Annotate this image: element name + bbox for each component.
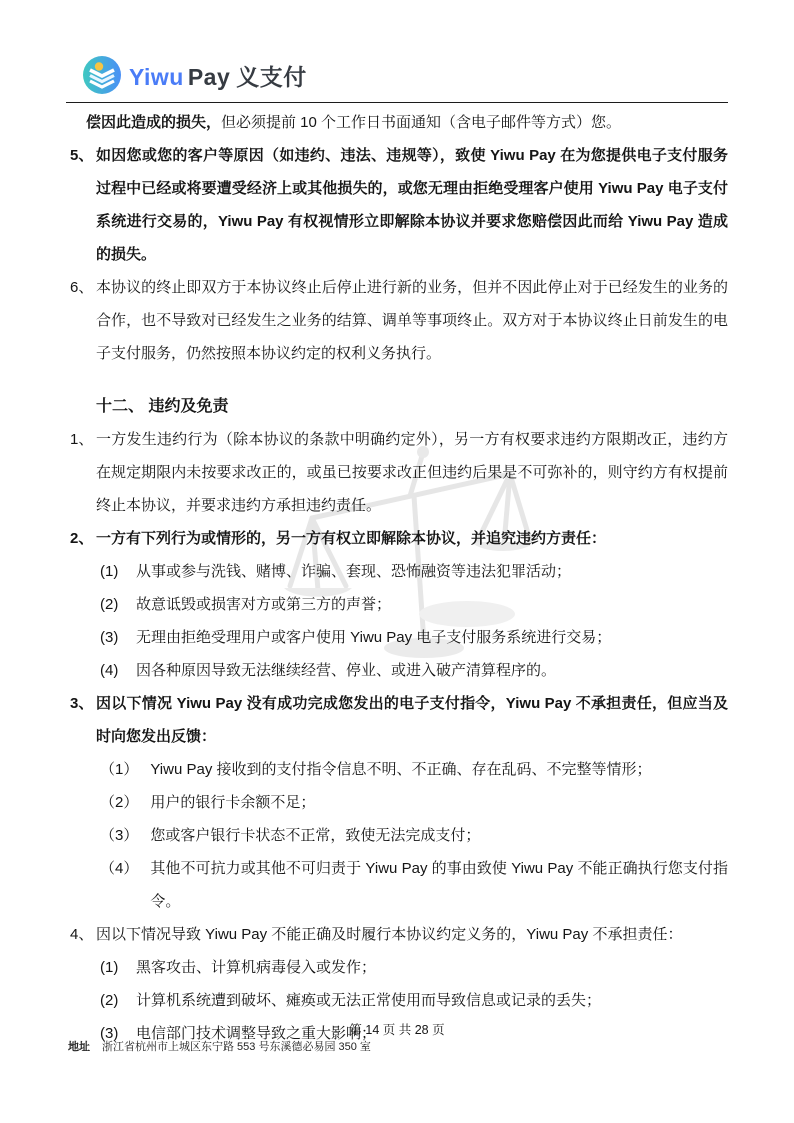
sub-list-item: (1)黑客攻击、计算机病毒侵入或发作； [70,951,728,984]
item-number: （1） [100,753,138,786]
item-number: (3) [100,621,124,654]
logo-text-pay: Pay [188,64,230,91]
item-number: (1) [100,951,124,984]
address-label: 地址 [68,1041,90,1053]
item-number: 6、 [70,271,96,370]
list-item: 2、一方有下列行为或情形的，另一方有权立即解除本协议，并追究违约方责任： [70,522,728,555]
paragraph-bold-lead: 偿因此造成的损失， [86,114,221,131]
sub-list-item: (3)无理由拒绝受理用户或客户使用 Yiwu Pay 电子支付服务系统进行交易； [70,621,728,654]
item-number: (2) [100,588,124,621]
footer-address: 地址浙江省杭州市上城区东宁路 553 号东溪德必易园 350 室 [68,1040,371,1054]
paragraph-continuation: 偿因此造成的损失，但必须提前 10 个工作日书面通知（含电子邮件等方式）您。 [86,106,728,139]
yiwupay-logo: Yiwu Pay 义支付 [82,55,307,95]
item-text: 因以下情况 Yiwu Pay 没有成功完成您发出的电子支付指令，Yiwu Pay… [96,687,728,753]
sub-list-item: （1）Yiwu Pay 接收到的支付指令信息不明、不正确、存在乱码、不完整等情形… [70,753,728,786]
yiwupay-logo-icon [82,55,122,95]
item-number: 2、 [70,522,96,555]
list-item: 1、一方发生违约行为（除本协议的条款中明确约定外），另一方有权要求违约方限期改正… [70,423,728,522]
item-number: （2） [100,786,138,819]
list-item: 6、本协议的终止即双方于本协议终止后停止进行新的业务，但并不因此停止对于已经发生… [70,271,728,370]
logo-text-yiwu: Yiwu [129,64,184,91]
list-item: 3、因以下情况 Yiwu Pay 没有成功完成您发出的电子支付指令，Yiwu P… [70,687,728,753]
item-text: 其他不可抗力或其他不可归责于 Yiwu Pay 的事由致使 Yiwu Pay 不… [150,852,728,918]
item-text: Yiwu Pay 接收到的支付指令信息不明、不正确、存在乱码、不完整等情形； [150,753,728,786]
list-item: 5、如因您或您的客户等原因（如违约、违法、违规等），致使 Yiwu Pay 在为… [70,139,728,271]
item-number: （4） [100,852,138,918]
header-divider [66,102,728,103]
item-text: 计算机系统遭到破坏、瘫痪或无法正常使用而导致信息或记录的丢失； [136,984,728,1017]
page-number: 第 14 页 共 28 页 [0,1022,794,1038]
item-number: 5、 [70,139,96,271]
sub-list-item: (1)从事或参与洗钱、赌博、诈骗、套现、恐怖融资等违法犯罪活动； [70,555,728,588]
paragraph-spacer [70,370,728,390]
sub-list-item: （2）用户的银行卡余额不足； [70,786,728,819]
item-number: 4、 [70,918,96,951]
document-page: Yiwu Pay 义支付 偿因此造成的损失 [0,0,794,1123]
item-number: 1、 [70,423,96,522]
item-text: 故意诋毁或损害对方或第三方的声誉； [136,588,728,621]
address-value: 浙江省杭州市上城区东宁路 553 号东溪德必易园 350 室 [102,1041,371,1053]
sub-list-item: (2)计算机系统遭到破坏、瘫痪或无法正常使用而导致信息或记录的丢失； [70,984,728,1017]
list-item: 4、因以下情况导致 Yiwu Pay 不能正确及时履行本协议约定义务的，Yiwu… [70,918,728,951]
item-text: 用户的银行卡余额不足； [150,786,728,819]
item-text: 本协议的终止即双方于本协议终止后停止进行新的业务，但并不因此停止对于已经发生的业… [96,271,728,370]
sub-list-item: (4)因各种原因导致无法继续经营、停业、或进入破产清算程序的。 [70,654,728,687]
item-number: (1) [100,555,124,588]
logo-wordmark: Yiwu Pay 义支付 [129,59,307,92]
item-number: (4) [100,654,124,687]
document-body: 偿因此造成的损失，但必须提前 10 个工作日书面通知（含电子邮件等方式）您。5、… [70,106,728,1050]
item-number: （3） [100,819,138,852]
item-number: 3、 [70,687,96,753]
item-text: 因各种原因导致无法继续经营、停业、或进入破产清算程序的。 [136,654,728,687]
sub-list-item: （4）其他不可抗力或其他不可归责于 Yiwu Pay 的事由致使 Yiwu Pa… [70,852,728,918]
item-text: 黑客攻击、计算机病毒侵入或发作； [136,951,728,984]
item-text: 无理由拒绝受理用户或客户使用 Yiwu Pay 电子支付服务系统进行交易； [136,621,728,654]
sub-list-item: (2)故意诋毁或损害对方或第三方的声誉； [70,588,728,621]
item-text: 您或客户银行卡状态不正常，致使无法完成支付； [150,819,728,852]
sub-list-item: （3）您或客户银行卡状态不正常，致使无法完成支付； [70,819,728,852]
item-text: 因以下情况导致 Yiwu Pay 不能正确及时履行本协议约定义务的，Yiwu P… [96,918,728,951]
logo-text-cn: 义支付 [236,59,307,92]
item-text: 一方有下列行为或情形的，另一方有权立即解除本协议，并追究违约方责任： [96,522,728,555]
item-number: (2) [100,984,124,1017]
section-heading: 十二、 违约及免责 [96,390,728,423]
item-text: 一方发生违约行为（除本协议的条款中明确约定外），另一方有权要求违约方限期改正，违… [96,423,728,522]
paragraph-text: 但必须提前 10 个工作日书面通知（含电子邮件等方式）您。 [221,114,621,131]
item-text: 从事或参与洗钱、赌博、诈骗、套现、恐怖融资等违法犯罪活动； [136,555,728,588]
item-text: 如因您或您的客户等原因（如违约、违法、违规等），致使 Yiwu Pay 在为您提… [96,139,728,271]
